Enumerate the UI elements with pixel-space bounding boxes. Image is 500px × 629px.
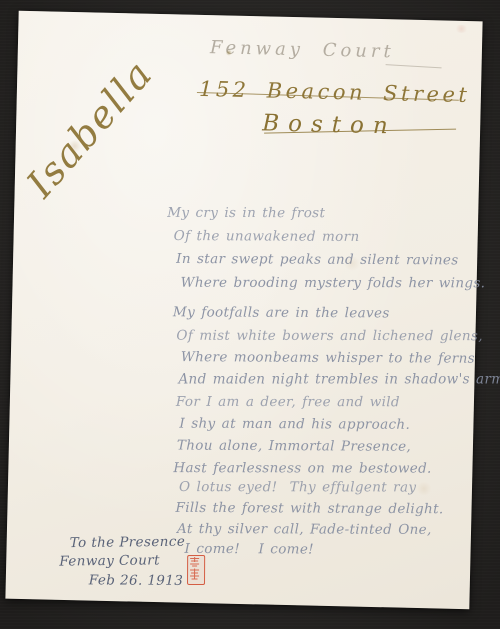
letterhead-address: 152 Beacon Street <box>199 77 471 107</box>
poem-line: Where brooding mystery folds her wings. <box>181 275 486 292</box>
poem-line: Where moonbeams whisper to the ferns <box>181 349 475 367</box>
signature-isabella: Isabella <box>18 51 161 205</box>
pencil-flourish-line <box>386 64 442 68</box>
poem-line: My cry is in the frost <box>167 205 325 221</box>
poem-line: I shy at man and his approach. <box>179 416 410 433</box>
poem-line: Fills the forest with strange delight. <box>175 500 443 517</box>
scan-background: Isabella Fenway Court 152 Beacon Street … <box>0 0 500 629</box>
letterhead-estate: Fenway Court <box>210 37 395 62</box>
poem-line: Of the unawakened morn <box>174 228 360 245</box>
poem-line: And maiden night trembles in shadow's ar… <box>178 371 500 387</box>
poem-line: My footfalls are in the leaves <box>173 304 390 321</box>
poem-line: Thou alone, Immortal Presence, <box>177 438 411 455</box>
poem-line: At thy silver call, Fade-tinted One, <box>177 521 432 538</box>
poem-line: Of mist white bowers and lichened glens, <box>176 328 482 345</box>
red-seal-stamp <box>187 555 205 585</box>
poem-line: O lotus eyed! Thy effulgent ray <box>179 479 416 495</box>
letterhead-city: Boston <box>262 110 397 139</box>
poem-line: For I am a deer, free and wild <box>176 394 400 410</box>
poem-line: In star swept peaks and silent ravines <box>176 251 458 268</box>
inscription-date: Feb 26. 1913 <box>89 572 184 588</box>
inscription-dedication: To the Presence <box>70 534 186 551</box>
seal-characters-icon <box>188 556 201 581</box>
letter-page: Isabella Fenway Court 152 Beacon Street … <box>5 11 482 609</box>
foxing-stain <box>416 482 432 495</box>
inscription-place: Fenway Court <box>59 552 160 569</box>
poem-line: Hast fearlessness on me bestowed. <box>173 460 431 476</box>
faint-red-smudge <box>454 25 468 33</box>
